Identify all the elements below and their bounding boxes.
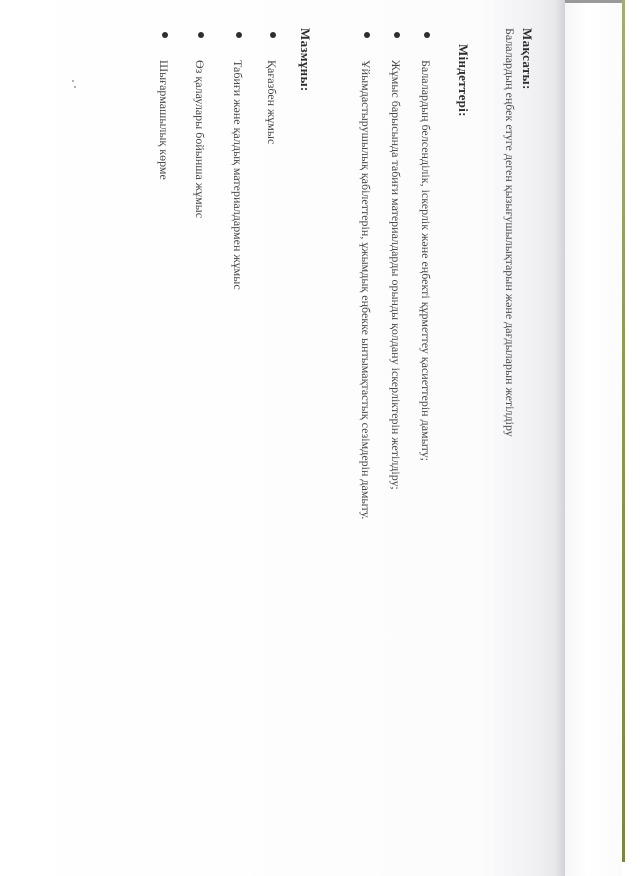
task-item: Жұмыс барысында табиғи материалдарды оры… xyxy=(373,28,403,519)
contents-heading: Мазмұны: xyxy=(297,28,313,290)
bullet-icon xyxy=(270,32,276,38)
goal-text: Балалардың еңбек етуге деген қызығушылық… xyxy=(502,28,517,437)
content-text: Шығармашылық көрме xyxy=(157,60,171,180)
page-margin-strip xyxy=(565,0,622,876)
tasks-list: Балалардың белсенділік, іскерлік және ең… xyxy=(343,28,433,519)
task-text: Жұмыс барысында табиғи материалдарды оры… xyxy=(389,60,403,490)
bullet-icon xyxy=(424,32,430,38)
bullet-icon xyxy=(364,32,370,38)
scan-border xyxy=(625,0,640,876)
scan-speck xyxy=(74,86,76,88)
scan-speck xyxy=(72,80,74,82)
goal-heading: Мақсаты: xyxy=(519,28,535,437)
task-text: Ұйымдастырушылық қабілеттерін, ұжымдық е… xyxy=(359,60,373,519)
content-item: Шығармашылық көрме xyxy=(141,28,171,290)
goal-section: Мақсаты: Балалардың еңбек етуге деген қы… xyxy=(502,28,535,437)
bullet-icon xyxy=(236,32,242,38)
bullet-icon xyxy=(198,32,204,38)
content-text: Табиғи және қалдық материалдармен жұмыс xyxy=(231,60,245,290)
tasks-section: Міндеттері: Балалардың белсенділік, іске… xyxy=(343,28,471,519)
content-text: Қағазбен жұмыс xyxy=(265,60,279,144)
task-text: Балалардың белсенділік, іскерлік және ең… xyxy=(419,60,433,461)
content-text: Өз қалаулары бойынша жұмыс xyxy=(193,60,207,218)
bullet-icon xyxy=(162,32,168,38)
contents-section: Мазмұны: Қағазбен жұмыс Табиғи және қалд… xyxy=(141,28,313,290)
page-edge-shadow xyxy=(555,0,565,876)
content-item: Қағазбен жұмыс xyxy=(245,28,279,290)
content-item: Өз қалаулары бойынша жұмыс xyxy=(171,28,207,290)
content-item: Табиғи және қалдық материалдармен жұмыс xyxy=(207,28,245,290)
tasks-heading: Міндеттері: xyxy=(455,44,471,519)
task-item: Ұйымдастырушылық қабілеттерін, ұжымдық е… xyxy=(343,28,373,519)
task-item: Балалардың белсенділік, іскерлік және ең… xyxy=(403,28,433,519)
scan-edge-top xyxy=(565,0,622,3)
contents-list: Қағазбен жұмыс Табиғи және қалдық матери… xyxy=(141,28,279,290)
bullet-icon xyxy=(394,32,400,38)
